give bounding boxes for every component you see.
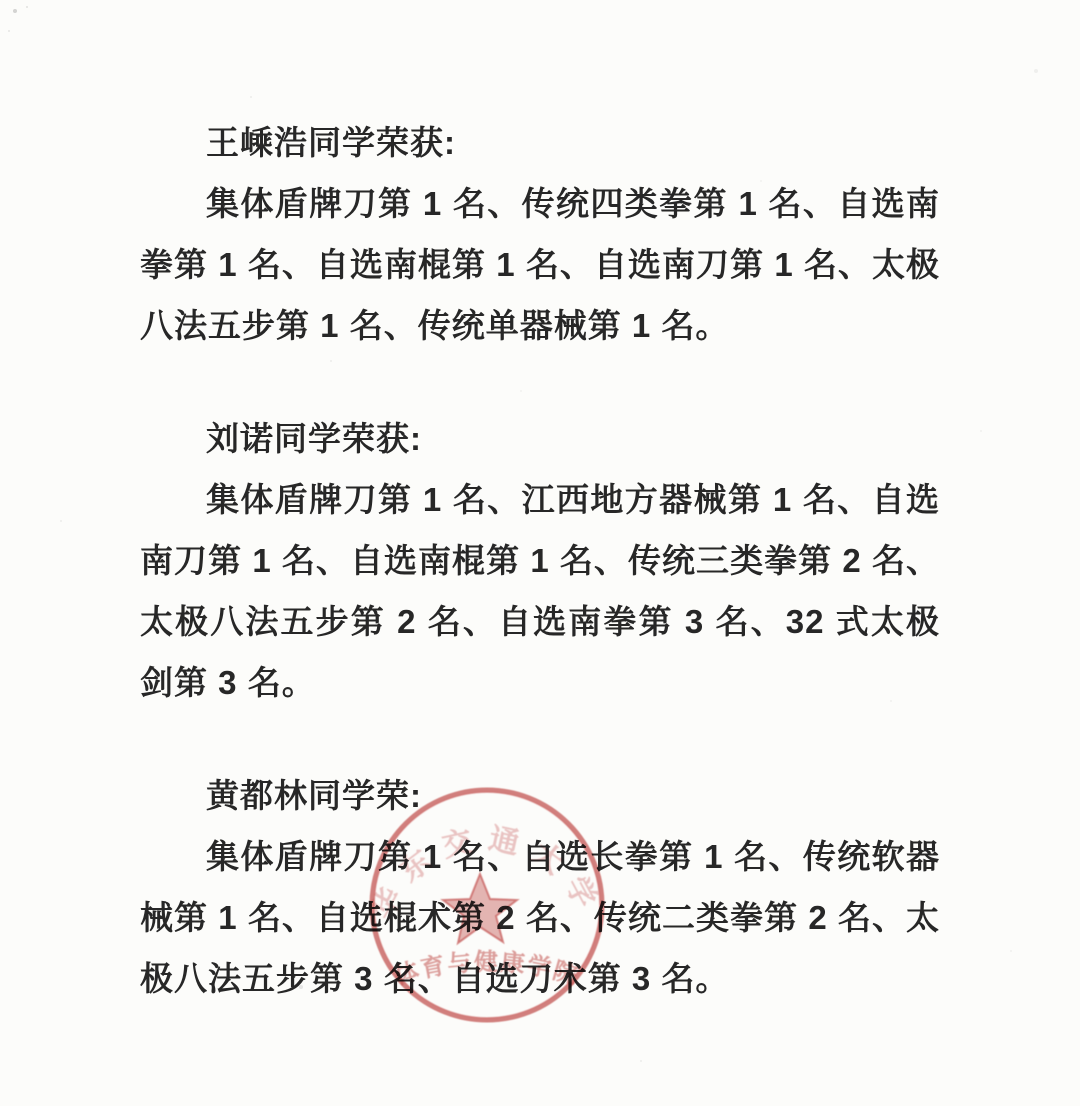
student-heading: 黄都林同学荣: [140, 765, 940, 826]
award-list: 集体盾牌刀第 1 名、传统四类拳第 1 名、自选南拳第 1 名、自选南棍第 1 … [140, 173, 940, 356]
scan-noise [0, 0, 2, 2]
award-section-liu: 刘诺同学荣获: 集体盾牌刀第 1 名、江西地方器械第 1 名、自选南刀第 1 名… [140, 408, 940, 713]
document-body: 王嵊浩同学荣获: 集体盾牌刀第 1 名、传统四类拳第 1 名、自选南拳第 1 名… [140, 112, 940, 1009]
scanned-award-document: 王嵊浩同学荣获: 集体盾牌刀第 1 名、传统四类拳第 1 名、自选南拳第 1 名… [0, 0, 1080, 1106]
student-heading: 王嵊浩同学荣获: [140, 112, 940, 173]
award-list: 集体盾牌刀第 1 名、江西地方器械第 1 名、自选南刀第 1 名、自选南棍第 1… [140, 469, 940, 713]
award-list: 集体盾牌刀第 1 名、自选长拳第 1 名、传统软器械第 1 名、自选棍术第 2 … [140, 826, 940, 1009]
student-heading: 刘诺同学荣获: [140, 408, 940, 469]
award-section-wang: 王嵊浩同学荣获: 集体盾牌刀第 1 名、传统四类拳第 1 名、自选南拳第 1 名… [140, 112, 940, 356]
award-section-huang: 黄都林同学荣: 集体盾牌刀第 1 名、自选长拳第 1 名、传统软器械第 1 名、… [140, 765, 940, 1009]
